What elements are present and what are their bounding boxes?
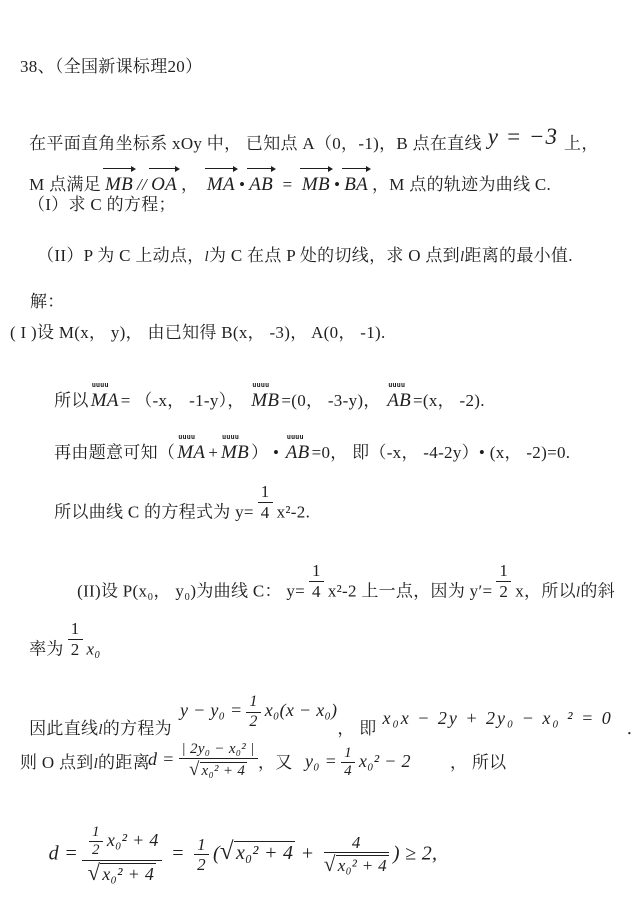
solution-text: x²-2 上一点，因为 y′=: [328, 582, 493, 601]
fraction-denominator: 2: [194, 855, 209, 873]
solution-line-4: 所以曲线 C 的方程式为 y=14x²-2.: [45, 462, 310, 523]
radical: √x₀² + 4: [88, 864, 157, 884]
fraction-numerator: 1: [258, 483, 273, 502]
big-fraction: 12x₀² + 4√x₀² + 4: [82, 825, 162, 885]
vector-mb: uuuuMB: [251, 389, 279, 413]
question-text: 距离的最小值.: [464, 246, 572, 265]
solution-text: 再由题意可知（: [54, 443, 175, 462]
vector-arrow-icon: [342, 165, 370, 173]
vector-arrow-artifact-icon: uuuu: [178, 434, 195, 441]
solution-text: (II)设 P(x₀， y₀)为曲线 C： y=: [77, 582, 305, 601]
solution-line-2: 所以uuuuMA= （-x， -1-y）， uuuuMB=(0， -3-y)， …: [45, 368, 485, 413]
vector-label: AB: [387, 390, 411, 411]
radicand: x₀² + 4: [336, 855, 389, 875]
fraction-denominator: 4: [341, 763, 355, 779]
equation-text: y₀ =: [305, 751, 337, 771]
fraction-one-half: 12: [496, 562, 511, 600]
problem-text: 上，: [564, 134, 599, 153]
problem-line-2: M 点满足MB//OA， MA•AB = MB•BA，M 点的轨迹为曲线 C.: [20, 152, 551, 197]
equation-text: x₀² + 4: [107, 830, 159, 850]
vector-label: MB: [105, 174, 133, 195]
equation-text: x₀² − 2: [359, 751, 411, 771]
fraction-one-quarter: 14: [258, 483, 273, 521]
fraction-numerator: 1: [194, 836, 209, 855]
fraction-denominator: √x₀² + 4: [324, 853, 389, 876]
radical-sign: √: [88, 860, 101, 885]
final-inequality: d =12x₀² + 4√x₀² + 4 = 12(√x₀² + 4 + 4√x…: [38, 800, 437, 885]
vector-ma: MA: [206, 173, 236, 197]
solution-text: =(x， -2).: [413, 391, 485, 410]
solution-text: 则 O 点到l的距离: [20, 752, 150, 774]
solution-text: 的距离: [98, 753, 150, 772]
radical: √x₀² + 4: [324, 856, 389, 875]
solution-line-8: 则 O 点到l的距离 d =| 2y₀ − x₀² |√x₀² + 4 ，又 y…: [20, 718, 630, 790]
fraction-one-half: 12: [194, 836, 209, 874]
vector-arrow-artifact-icon: uuuu: [287, 434, 304, 441]
plus-sign: +: [207, 443, 219, 462]
problem-number-title: 38、（全国新课标理20）: [20, 56, 202, 77]
solution-text: x²-2.: [277, 503, 311, 522]
equals-sign: =: [166, 842, 190, 864]
radical-sign: √: [189, 759, 200, 780]
fraction-numerator: 1: [496, 562, 511, 581]
solution-text: ，又: [258, 752, 293, 773]
problem-text: 在平面直角坐标系 xOy 中， 已知点 A（0，-1)，B 点在直线: [29, 134, 482, 153]
radical: √x₀² + 4: [189, 763, 247, 779]
vector-mb-2: MB: [301, 173, 331, 197]
fraction-denominator: √x₀² + 4: [82, 861, 162, 885]
vector-label: AB: [249, 174, 273, 195]
solution-text: 所以: [54, 391, 89, 410]
question-item-1: （I）求 C 的方程；: [28, 194, 176, 215]
question-text: （II）P 为 C 上动点，: [37, 246, 204, 265]
vector-ba: BA: [343, 173, 369, 197]
plus-sign: +: [295, 842, 319, 864]
fraction-denominator: √x₀² + 4: [179, 759, 258, 779]
left-paren: (: [213, 842, 220, 864]
vector-label: AB: [286, 442, 310, 463]
fraction-denominator: 2: [496, 582, 511, 600]
fraction-numerator: 1: [89, 825, 103, 842]
solution-line-3: 再由题意可知（uuuuMA+uuuuMB） • uuuuAB=0， 即（-x， …: [45, 420, 570, 465]
vector-arrow-icon: [149, 165, 179, 173]
question-text: 为 C 在点 P 处的切线，求 O 点到: [209, 246, 460, 265]
vector-arrow-icon: [300, 165, 332, 173]
fraction-numerator: 1: [68, 620, 83, 639]
x0-symbol: x₀: [87, 640, 101, 659]
vector-label: BA: [344, 174, 368, 195]
vector-arrow-icon: [247, 165, 275, 173]
vector-arrow-icon: [103, 165, 135, 173]
vector-label: MA: [207, 174, 235, 195]
vector-ab: uuuuAB: [387, 389, 411, 413]
fraction-numerator: 1: [309, 562, 324, 581]
fraction-numerator: 4: [324, 834, 389, 853]
fraction-numerator: 1: [246, 694, 260, 712]
vector-ab: AB: [248, 173, 274, 197]
comma: ，: [181, 175, 203, 194]
fraction-numerator: 1: [341, 746, 355, 763]
fraction-denominator: 2: [68, 640, 83, 658]
fraction-one-half: 12: [68, 620, 83, 658]
solution-text: ） •: [251, 443, 284, 462]
radicand: x₀² + 4: [100, 863, 156, 884]
problem-text: M 点满足: [29, 175, 101, 194]
fraction-denominator: 4: [258, 503, 273, 521]
radical: √x₀² + 4: [220, 842, 295, 864]
radical-sign: √: [324, 852, 336, 876]
inequality-close: ) ≥ 2,: [393, 842, 437, 864]
question-item-2: （II）P 为 C 上动点，l为 C 在点 P 处的切线，求 O 点到l距离的最…: [28, 224, 573, 267]
vector-label: OA: [151, 174, 177, 195]
fraction-one-quarter: 14: [309, 562, 324, 600]
solution-text: x，所以: [515, 582, 576, 601]
solution-text: =0， 即（-x， -4-2y）• (x， -2)=0.: [312, 443, 571, 462]
vector-label: MA: [177, 442, 205, 463]
solution-text: = （-x， -1-y），: [121, 391, 250, 410]
vector-ma: uuuuMA: [91, 389, 119, 413]
solution-line-6: 率为12x₀: [20, 599, 101, 660]
fraction-denominator: 4: [309, 582, 324, 600]
fraction-one-half: 12: [89, 825, 103, 859]
vector-arrow-artifact-icon: uuuu: [252, 382, 269, 389]
fraction-four-over-radical: 4√x₀² + 4: [324, 834, 389, 876]
fraction-one-quarter: 14: [341, 746, 355, 780]
vector-label: MA: [91, 390, 119, 411]
radicand: x₀² + 4: [200, 762, 248, 779]
solution-text: ， 所以: [450, 752, 506, 773]
equals-sign: =: [277, 175, 298, 194]
solution-text: 则 O 点到: [20, 753, 94, 772]
solution-text: =(0， -3-y)，: [281, 391, 385, 410]
solution-text: 的斜: [580, 582, 615, 601]
distance-fraction: | 2y₀ − x₀² |√x₀² + 4: [179, 742, 258, 780]
distance-formula: d =| 2y₀ − x₀² |√x₀² + 4: [148, 742, 262, 780]
vector-label: MB: [302, 174, 330, 195]
inline-equation-y-equals-minus-3: y = −3: [488, 124, 558, 149]
problem-text: ，M 点的轨迹为曲线 C.: [372, 175, 551, 194]
radicand: x₀² + 4: [234, 841, 295, 864]
fraction-numerator: | 2y₀ − x₀² |: [179, 742, 258, 759]
solution-line-1: ( I )设 M(x， y)， 由已知得 B(x， -3)， A(0， -1).: [10, 322, 386, 343]
dot-operator: •: [239, 175, 245, 194]
solution-text: 所以曲线 C 的方程式为 y=: [54, 503, 254, 522]
problem-line-1: 在平面直角坐标系 xOy 中， 已知点 A（0，-1)，B 点在直线y = −3…: [20, 107, 599, 157]
fraction-denominator: 2: [89, 842, 103, 858]
vector-arrow-artifact-icon: uuuu: [222, 434, 239, 441]
equation-text: d =: [49, 842, 78, 864]
math-document-page: { "page": {"bg": "#ffffff", "ink": "#1f1…: [0, 0, 640, 905]
dot-operator: •: [334, 175, 340, 194]
equation-text: d =: [148, 749, 175, 769]
fraction-numerator: 12x₀² + 4: [82, 825, 162, 861]
solution-line-5: (II)设 P(x₀， y₀)为曲线 C： y=14x²-2 上一点，因为 y′…: [68, 541, 615, 602]
solution-text: 率为: [29, 640, 64, 659]
solution-heading: 解：: [30, 291, 65, 312]
vector-arrow-icon: [205, 165, 237, 173]
vector-arrow-artifact-icon: uuuu: [388, 382, 405, 389]
y0-formula: y₀ =14x₀² − 2: [305, 746, 411, 780]
vector-arrow-artifact-icon: uuuu: [92, 382, 109, 389]
vector-label: MB: [221, 442, 249, 463]
radical-sign: √: [220, 838, 234, 865]
vector-label: MB: [251, 390, 279, 411]
parallel-sign: //: [137, 175, 147, 194]
